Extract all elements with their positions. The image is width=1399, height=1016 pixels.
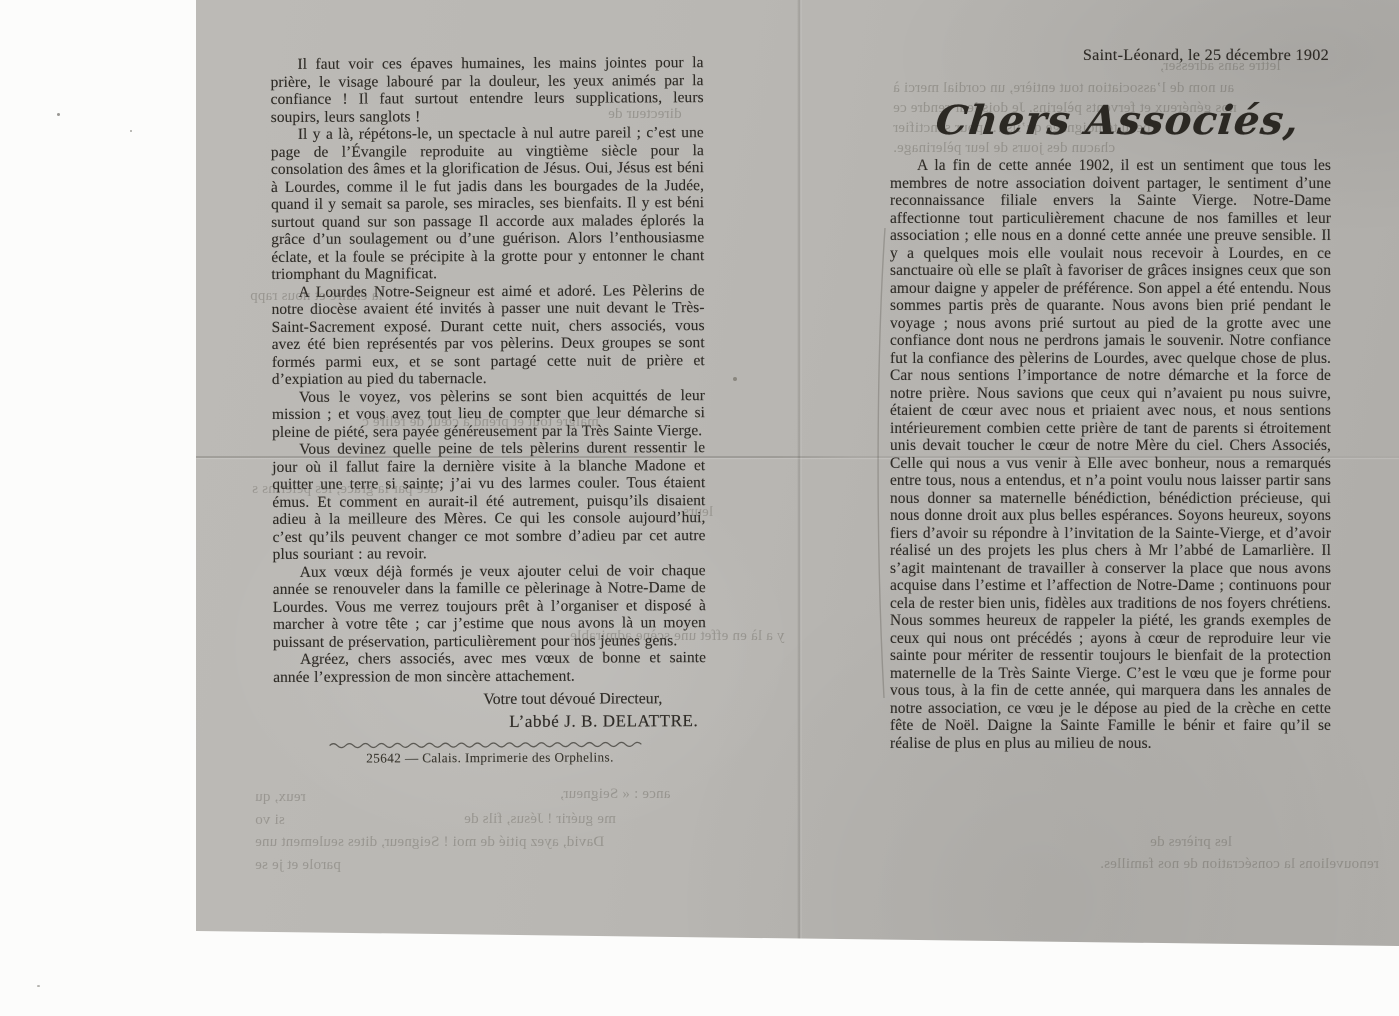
paragraph: Il y a là, répétons-le, un spectacle à n… bbox=[271, 124, 705, 283]
right-page: Saint-Léonard, le 25 décembre 1902 Chers… bbox=[890, 46, 1331, 752]
ink-speck bbox=[57, 113, 60, 116]
paragraph: Aux vœux déjà formés je veux ajouter cel… bbox=[273, 562, 706, 651]
ghost-bleedthrough-line: reux, qu bbox=[255, 789, 306, 806]
paragraph: Il faut voir ces épaves humaines, les ma… bbox=[270, 54, 703, 126]
scanned-letter-sheet: la chaire et nous rapp malgré tout et pr… bbox=[196, 0, 1399, 948]
letter-body: A la fin de cette année 1902, il est un … bbox=[890, 157, 1331, 752]
margin-crease-mark bbox=[874, 228, 888, 700]
ink-speck bbox=[130, 130, 132, 132]
salutation-heading: Chers Associés, bbox=[888, 98, 1334, 144]
ghost-bleedthrough-line: renouvelions la consécration de nos fami… bbox=[1100, 856, 1379, 873]
ghost-bleedthrough-line: ance : « Seigneur, bbox=[560, 786, 670, 803]
ghost-bleedthrough-line: me guérir ! Jésus, fils de bbox=[464, 811, 616, 828]
paragraph: A Lourdes Notre-Seigneur est aimé et ado… bbox=[271, 282, 704, 389]
ghost-bleedthrough-line: si vo bbox=[255, 812, 285, 829]
scan-background: la chaire et nous rapp malgré tout et pr… bbox=[0, 0, 1399, 1016]
ink-speck bbox=[37, 985, 40, 987]
signature-role-line: Votre tout dévoué Directeur, bbox=[273, 690, 706, 710]
ink-speck bbox=[733, 377, 737, 381]
ghost-bleedthrough-line: David, ayez pitié de moi ! Seigneur, dit… bbox=[255, 834, 604, 851]
left-page: Il faut voir ces épaves humaines, les ma… bbox=[270, 49, 706, 767]
ghost-bleedthrough-line: parole et je se bbox=[255, 857, 341, 874]
signature-name-line: L’abbé J. B. DELATTRE. bbox=[273, 711, 706, 733]
center-fold-line bbox=[797, 0, 802, 940]
printer-imprint: 25642 — Calais. Imprimerie des Orphelins… bbox=[273, 749, 706, 767]
paragraph: Agréez, chers associés, avec mes vœux de… bbox=[273, 649, 706, 686]
wavy-rule bbox=[329, 740, 641, 749]
dateline: Saint-Léonard, le 25 décembre 1902 bbox=[890, 46, 1331, 65]
paragraph: Vous le voyez, vos pèlerins se sont bien… bbox=[272, 387, 705, 441]
ghost-bleedthrough-line: les prières de bbox=[1150, 834, 1232, 851]
paragraph: Vous devinez quelle peine de tels pèleri… bbox=[272, 439, 706, 563]
